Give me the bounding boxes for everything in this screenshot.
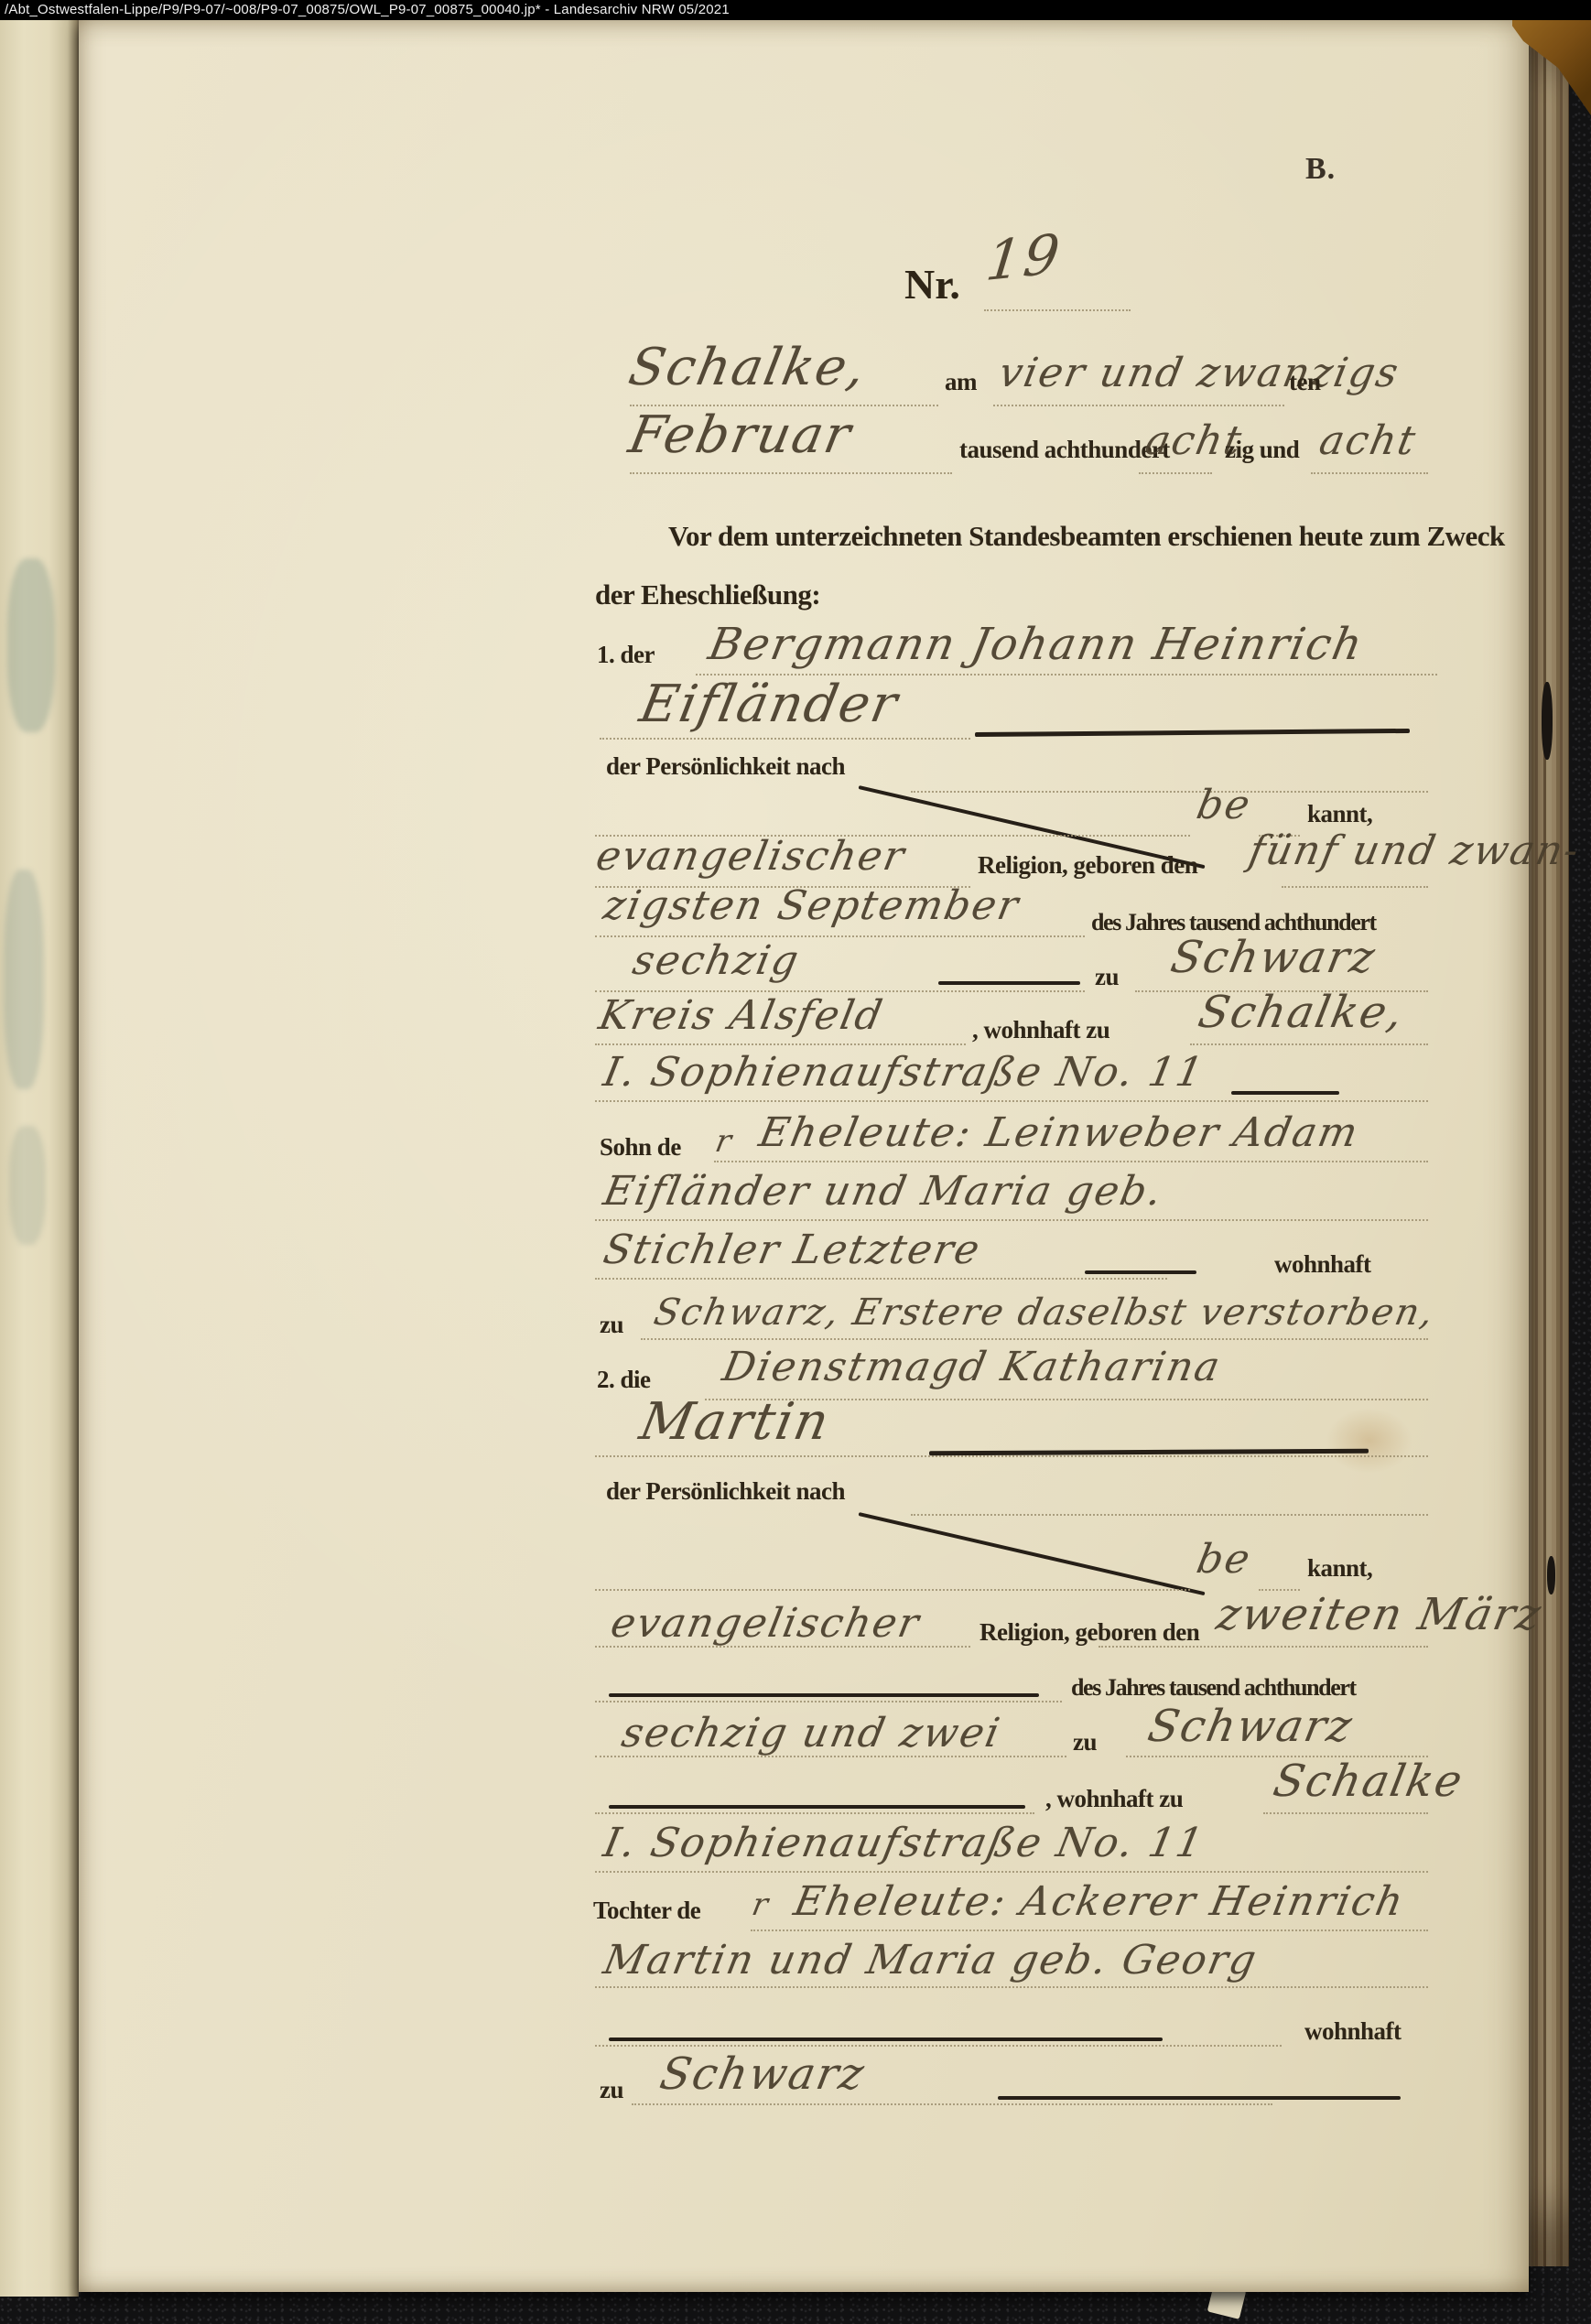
groom-names-handwritten: Bergmann Johann Heinrich [705, 622, 1367, 666]
intro-line2: der Eheschließung: [595, 580, 820, 609]
groom-wohnhaft-label: wohnhaft [1274, 1252, 1371, 1277]
bride-wohnhaft-label: wohnhaft [1304, 2019, 1402, 2044]
dotted-rule [1139, 472, 1212, 474]
dotted-rule [630, 472, 952, 474]
dotted-rule [595, 1100, 1428, 1102]
viewer-title-bar: /Abt_Ostwestfalen-Lippe/P9/P9-07/~008/P9… [0, 0, 1591, 20]
bride-names-handwritten: Dienstmagd Katharina [720, 1347, 1225, 1388]
bride-kannt-label: kannt, [1307, 1556, 1372, 1581]
ink-stroke-filler [998, 2096, 1401, 2100]
bride-religion-handwritten: evangelischer [608, 1604, 924, 1644]
dotted-rule [595, 1986, 1428, 1988]
bride-zu-label: zu [1073, 1730, 1097, 1755]
dotted-rule [1099, 1646, 1428, 1648]
groom-birthday-part1-handwritten: fünf und zwan- [1246, 831, 1584, 871]
bride-identity-label: der Persönlichkeit nach [606, 1479, 845, 1504]
dotted-rule [595, 1043, 966, 1045]
groom-son-suffix-handwritten: r [713, 1126, 736, 1157]
groom-parents-residence-handwritten: Schwarz, Erstere daselbst verstorben, [651, 1294, 1437, 1331]
form-content: B. Nr. 19 Schalke, am vier und zwanzigs … [0, 0, 1591, 2324]
dotted-rule [714, 1161, 1428, 1162]
am-label: am [945, 370, 977, 395]
scan-viewport: /Abt_Ostwestfalen-Lippe/P9/P9-07/~008/P9… [0, 0, 1591, 2324]
bride-year-label: des Jahres tausend achthundert [1071, 1676, 1356, 1700]
groom-be-handwritten: be [1194, 785, 1255, 826]
ten-label: ten [1289, 370, 1321, 395]
groom-religion-handwritten: evangelischer [593, 837, 909, 877]
dotted-rule [1282, 886, 1428, 888]
bride-parents-residence-handwritten: Schwarz [656, 2052, 869, 2096]
dotted-rule [595, 1871, 1428, 1873]
groom-surname-handwritten: Eifländer [636, 679, 904, 730]
groom-number-label: 1. der [597, 643, 655, 667]
dotted-rule [595, 1278, 1167, 1280]
dotted-rule [595, 1455, 1428, 1457]
dotted-rule [641, 1338, 1428, 1340]
diagonal-ink-stroke [859, 1512, 1206, 1595]
bride-parents-line2-handwritten: Martin und Maria geb. Georg [601, 1940, 1261, 1981]
groom-zu2-label: zu [600, 1313, 623, 1337]
year-part2-handwritten: acht [1316, 421, 1420, 461]
ink-stroke-filler [1085, 1270, 1196, 1274]
record-number-label: Nr. [904, 264, 960, 306]
groom-kannt-label: kannt, [1307, 802, 1372, 827]
bride-religion-label: Religion, geboren den [979, 1620, 1199, 1645]
bride-residence-handwritten: Schalke [1270, 1759, 1467, 1803]
ink-stroke-filler [609, 2038, 1163, 2041]
ink-stroke-filler [1231, 1091, 1339, 1095]
ink-stroke-filler [609, 1693, 1039, 1697]
dotted-rule [595, 1756, 1066, 1757]
groom-parents-line2-handwritten: Eifländer und Maria geb. [601, 1172, 1167, 1212]
viewer-title-text: /Abt_Ostwestfalen-Lippe/P9/P9-07/~008/P9… [5, 2, 730, 17]
bride-birth-year-handwritten: sechzig und zwei [619, 1713, 1004, 1754]
dotted-rule [595, 1646, 970, 1648]
groom-birth-year-handwritten: sechzig [630, 941, 804, 981]
groom-residence-handwritten: Schalke, [1195, 990, 1408, 1034]
dotted-rule [632, 2103, 1272, 2105]
bride-be-handwritten: be [1194, 1540, 1255, 1580]
groom-birthplace-handwritten: Schwarz [1167, 935, 1380, 979]
month-handwritten: Februar [625, 410, 857, 461]
ink-stroke-filler [609, 1805, 1025, 1809]
groom-birthday-part2-handwritten: zigsten September [601, 886, 1023, 926]
bride-address-handwritten: I. Sophienaufstraße No. 11 [601, 1823, 1207, 1864]
corner-letter: B. [1305, 154, 1336, 185]
zig-und-label: zig und [1225, 438, 1299, 462]
groom-identity-label: der Persönlichkeit nach [606, 754, 845, 779]
bride-parents-line1-handwritten: Eheleute: Ackerer Heinrich [791, 1882, 1408, 1922]
dotted-rule [911, 1514, 1428, 1516]
ink-stroke-filler [938, 981, 1080, 985]
bride-daughter-label: Tochter de [593, 1898, 700, 1923]
dotted-rule [595, 1701, 1062, 1702]
groom-district-handwritten: Kreis Alsfeld [596, 996, 887, 1036]
groom-zu-label: zu [1095, 965, 1119, 989]
dotted-rule [751, 1929, 1428, 1931]
dotted-rule [595, 1812, 1034, 1814]
bride-number-label: 2. die [597, 1367, 651, 1392]
dotted-rule [1311, 472, 1428, 474]
groom-parents-line3-handwritten: Stichler Letztere [601, 1230, 984, 1270]
thousand-label: tausend achthundert [959, 438, 1170, 462]
dotted-rule [911, 791, 1428, 793]
day-handwritten: vier und zwanzigs [996, 353, 1403, 394]
bride-zu2-label: zu [600, 2078, 623, 2102]
bride-surname-handwritten: Martin [636, 1397, 835, 1448]
ink-stroke-filler [975, 729, 1410, 737]
bride-birthday-handwritten: zweiten März [1213, 1593, 1545, 1637]
dotted-rule [1190, 1043, 1428, 1045]
record-number-value: 19 [983, 227, 1064, 289]
dotted-rule [1263, 1812, 1428, 1814]
dotted-rule [595, 1589, 1190, 1591]
bride-birthplace-handwritten: Schwarz [1144, 1704, 1357, 1748]
bride-resident-label: , wohnhaft zu [1045, 1787, 1183, 1811]
dotted-rule [595, 2045, 1282, 2047]
dotted-rule [993, 405, 1284, 406]
groom-address-handwritten: I. Sophienaufstraße No. 11 [601, 1053, 1207, 1093]
dotted-rule [984, 309, 1131, 311]
dotted-rule [595, 1219, 1428, 1221]
groom-religion-label: Religion, geboren den [978, 853, 1197, 878]
dotted-rule [600, 738, 970, 740]
place-handwritten: Schalke, [625, 342, 871, 394]
groom-son-label: Sohn de [600, 1135, 681, 1160]
groom-parents-line1-handwritten: Eheleute: Leinweber Adam [756, 1113, 1363, 1153]
bride-daughter-suffix-handwritten: r [750, 1889, 773, 1920]
groom-resident-label: , wohnhaft zu [972, 1018, 1109, 1043]
intro-line1: Vor dem unterzeichneten Standesbeamten e… [668, 522, 1505, 550]
